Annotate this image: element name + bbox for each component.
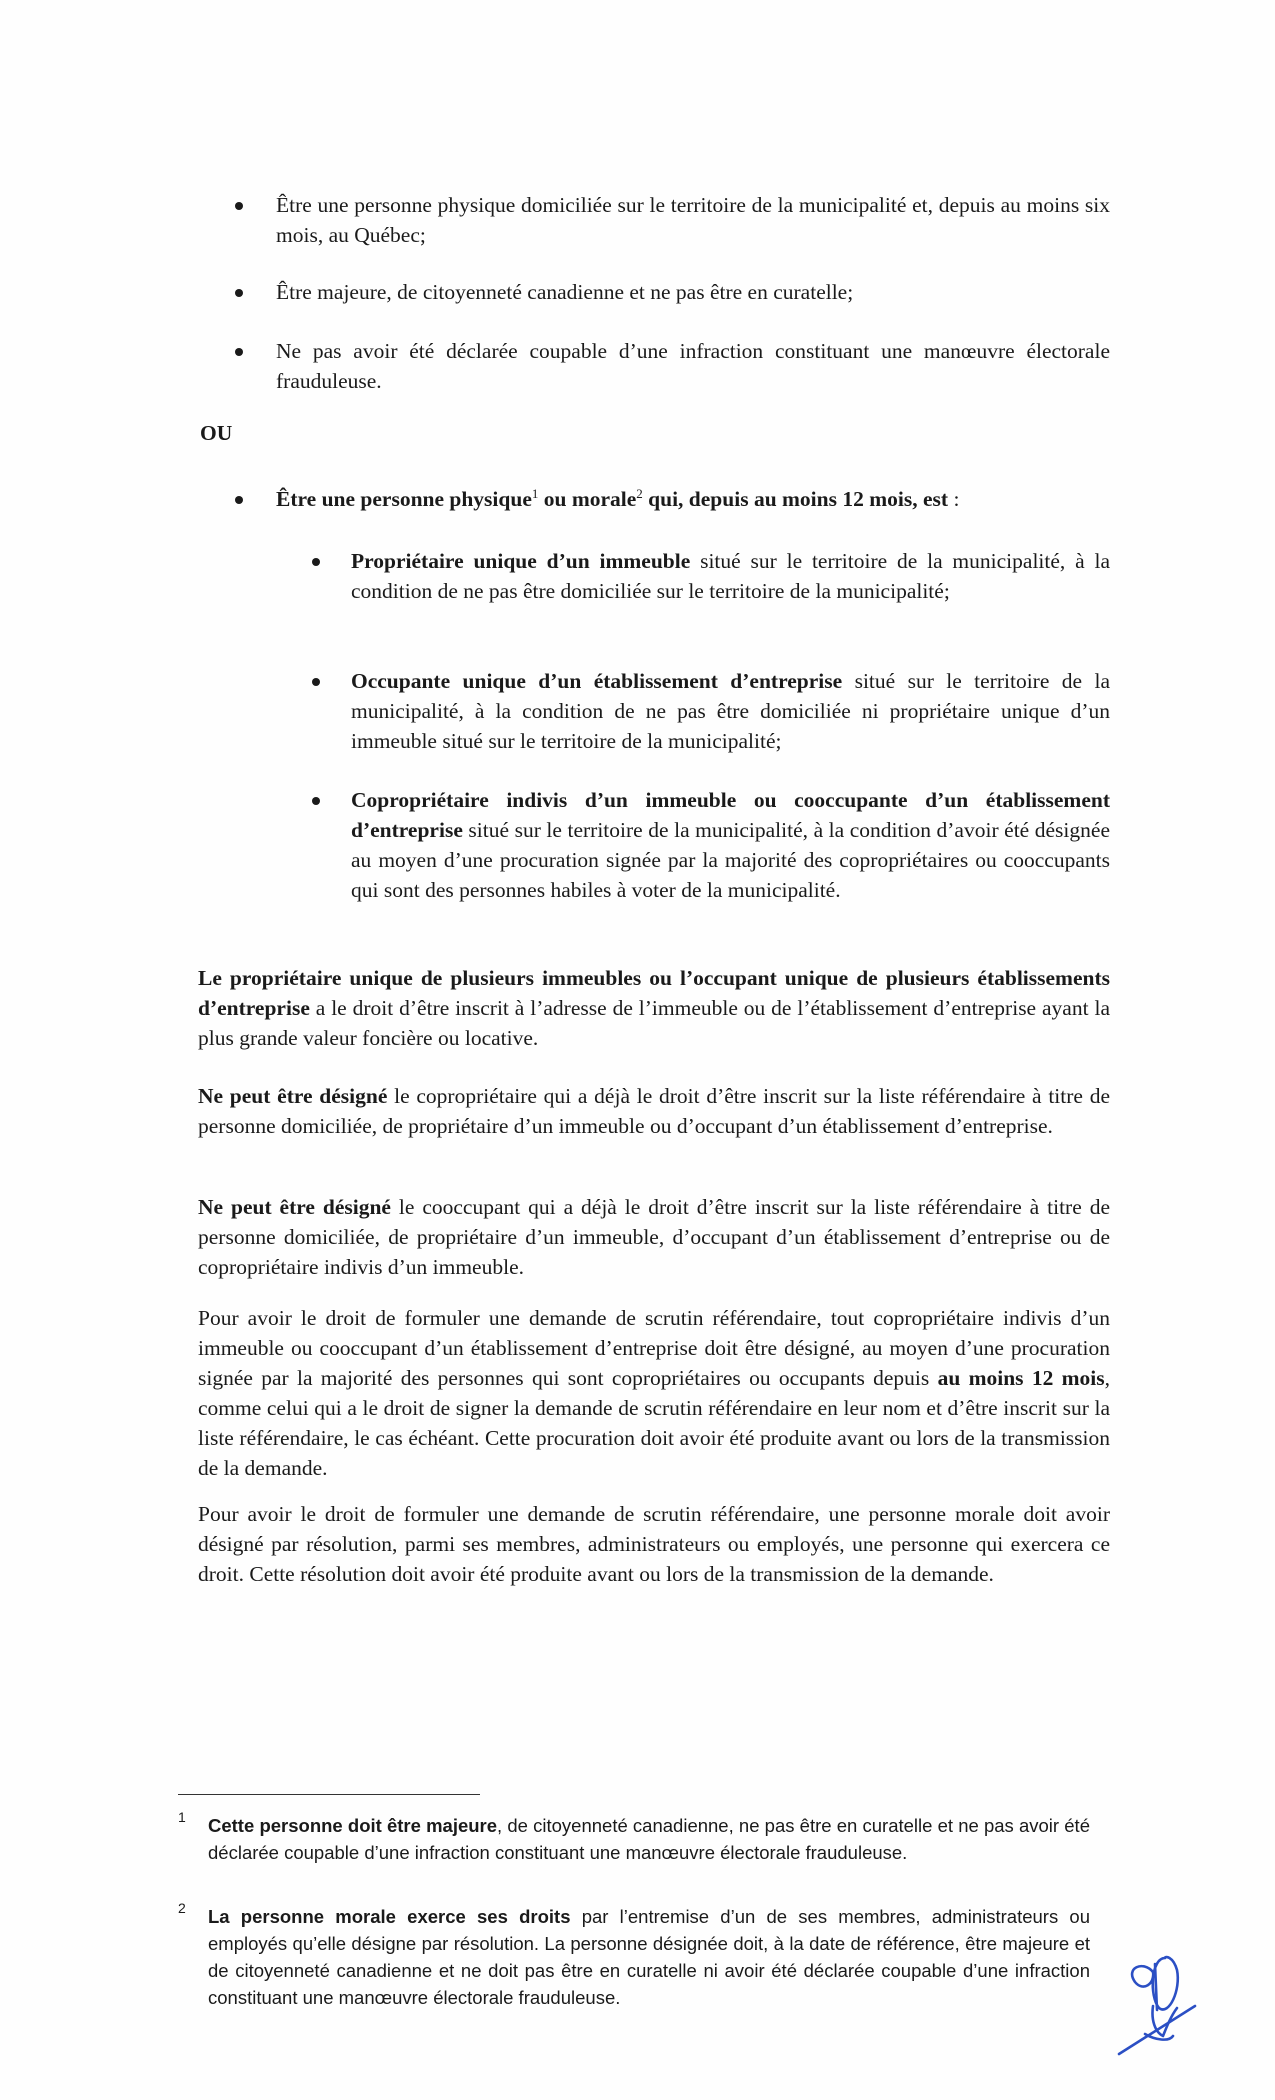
paragraph-bold: au moins 12 mois: [938, 1366, 1105, 1390]
bullet-icon: [235, 496, 243, 504]
footnote-text: Cette personne doit être majeure, de cit…: [208, 1812, 1090, 1866]
bullet-item: Être majeure, de citoyenneté canadienne …: [235, 277, 1110, 307]
paragraph-bold: Ne peut être désigné: [198, 1195, 391, 1219]
footnote-separator: [178, 1794, 480, 1795]
sub-bullet-text: Propriétaire unique d’un immeuble situé …: [351, 546, 1110, 606]
bullet-icon: [312, 797, 320, 805]
sub-bullet-bold: Occupante unique d’un établissement d’en…: [351, 669, 842, 693]
lead-part3: qui, depuis au moins 12 mois, est: [643, 487, 948, 511]
bullet-icon: [235, 289, 243, 297]
sub-bullet-item: Occupante unique d’un établissement d’en…: [312, 666, 1110, 756]
bullet-text: Ne pas avoir été déclarée coupable d’une…: [276, 336, 1110, 396]
document-page: Être une personne physique domiciliée su…: [0, 0, 1275, 2100]
bullet-icon: [235, 202, 243, 210]
footnote-1: 1 Cette personne doit être majeure, de c…: [178, 1812, 1090, 1866]
paragraph: Pour avoir le droit de formuler une dema…: [198, 1499, 1110, 1589]
bullet-text: Être une personne physique domiciliée su…: [276, 190, 1110, 250]
footnote-number: 2: [178, 1895, 186, 1922]
lead-part2: ou morale: [538, 487, 636, 511]
lead-part1: Être une personne physique: [276, 487, 532, 511]
bullet-text: Être une personne physique1 ou morale2 q…: [276, 484, 1110, 514]
bullet-icon: [235, 348, 243, 356]
bullet-icon: [312, 558, 320, 566]
bullet-item: Ne pas avoir été déclarée coupable d’une…: [235, 336, 1110, 396]
bullet-text: Être majeure, de citoyenneté canadienne …: [276, 277, 1110, 307]
footnote-number: 1: [178, 1804, 186, 1831]
sub-bullet-item: Propriétaire unique d’un immeuble situé …: [312, 546, 1110, 606]
lead-tail: :: [948, 487, 959, 511]
paragraph-bold: Ne peut être désigné: [198, 1084, 387, 1108]
footnote-text: La personne morale exerce ses droits par…: [208, 1903, 1090, 2011]
paragraph: Pour avoir le droit de formuler une dema…: [198, 1303, 1110, 1483]
sub-bullet-text: Occupante unique d’un établissement d’en…: [351, 666, 1110, 756]
bullet-item: Être une personne physique domiciliée su…: [235, 190, 1110, 250]
bullet-icon: [312, 678, 320, 686]
handwritten-initials-icon: [1115, 1950, 1205, 2060]
paragraph: Le propriétaire unique de plusieurs imme…: [198, 963, 1110, 1053]
sub-bullet-bold: Propriétaire unique d’un immeuble: [351, 549, 690, 573]
sub-bullet-item: Copropriétaire indivis d’un immeuble ou …: [312, 785, 1110, 905]
sub-bullet-text: Copropriétaire indivis d’un immeuble ou …: [351, 785, 1110, 905]
paragraph: Ne peut être désigné le cooccupant qui a…: [198, 1192, 1110, 1282]
paragraph: Ne peut être désigné le copropriétaire q…: [198, 1081, 1110, 1141]
separator-or: OU: [200, 418, 232, 448]
footnote-2: 2 La personne morale exerce ses droits p…: [178, 1903, 1090, 2011]
bullet-item-lead: Être une personne physique1 ou morale2 q…: [235, 484, 1110, 514]
